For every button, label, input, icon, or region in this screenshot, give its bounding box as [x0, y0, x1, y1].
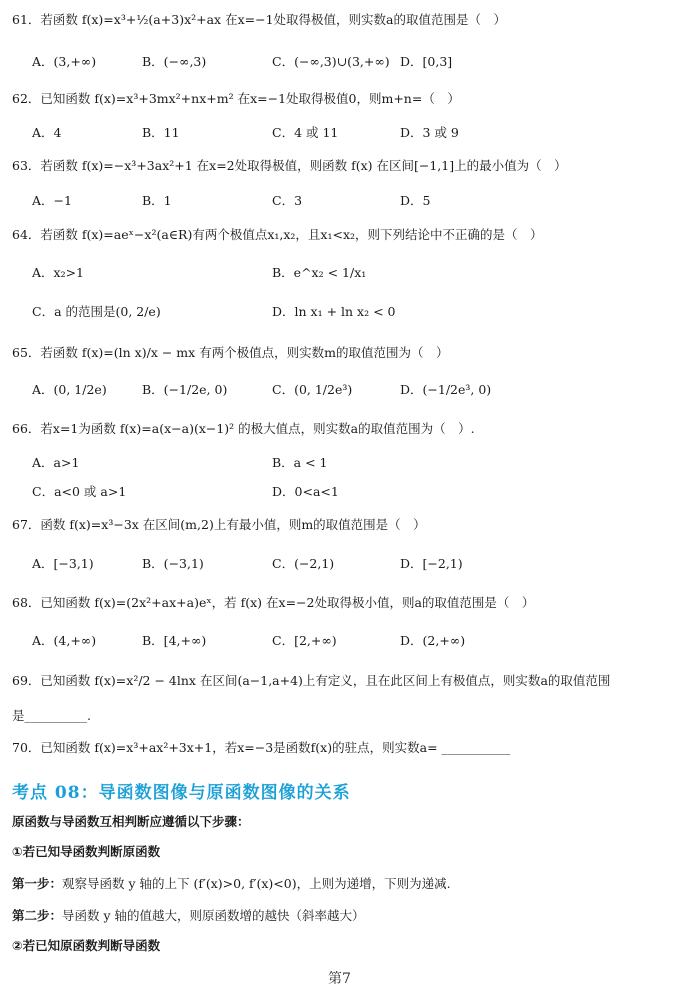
step-1-text: 观察导函数 y 轴的上下 (f′(x)>0, f′(x)<0)，上则为递增，下则… [62, 876, 451, 891]
q67-option-a: A．[−3,1) [32, 554, 94, 574]
question-69-blank: 是__________. [12, 706, 91, 726]
q64-option-c: C．a 的范围是(0, 2/e) [32, 302, 161, 322]
question-61-stem: 61．若函数 f(x)=x³+½(a+3)x²+ax 在x=−1处取得极值，则实… [12, 10, 506, 30]
q64-option-a: A．x₂>1 [32, 263, 84, 283]
q64-option-b: B．e^x₂ < 1/x₁ [272, 263, 366, 283]
question-63-stem: 63．若函数 f(x)=−x³+3ax²+1 在x=2处取得极值，则函数 f(x… [12, 156, 567, 176]
q65-option-c: C．(0, 1/2e³) [272, 380, 352, 400]
q66-option-c: C．a<0 或 a>1 [32, 482, 126, 502]
q61-option-b: B．(−∞,3) [142, 52, 206, 72]
q63-option-d: D．5 [400, 191, 430, 211]
page-number: 第7 [0, 968, 679, 988]
q63-option-c: C．3 [272, 191, 302, 211]
step-1-label: 第一步： [12, 876, 62, 891]
q67-option-b: B．(−3,1) [142, 554, 204, 574]
q64-option-d: D．ln x₁ + ln x₂ < 0 [272, 302, 395, 322]
q65-option-b: B．(−1/2e, 0) [142, 380, 227, 400]
question-66-stem: 66．若x=1为函数 f(x)=a(x−a)(x−1)² 的极大值点，则实数a的… [12, 419, 475, 439]
q65-option-a: A．(0, 1/2e) [32, 380, 107, 400]
step-2-label: 第二步： [12, 908, 62, 923]
subsection-1-title: ①若已知导函数判断原函数 [12, 842, 160, 862]
question-69-stem: 69．已知函数 f(x)=x²/2 − 4lnx 在区间(a−1,a+4)上有定… [12, 671, 610, 691]
step-1: 第一步：观察导函数 y 轴的上下 (f′(x)>0, f′(x)<0)，上则为递… [12, 874, 451, 894]
q62-option-c: C．4 或 11 [272, 123, 338, 143]
question-64-stem: 64．若函数 f(x)=aeˣ−x²(a∈R)有两个极值点x₁,x₂，且x₁<x… [12, 225, 543, 245]
question-65-stem: 65．若函数 f(x)=(ln x)/x − mx 有两个极值点，则实数m的取值… [12, 343, 449, 363]
q63-option-a: A．−1 [32, 191, 72, 211]
q66-option-d: D．0<a<1 [272, 482, 339, 502]
step-2-text: 导函数 y 轴的值越大，则原函数增的越快（斜率越大） [62, 908, 365, 923]
question-68-stem: 68．已知函数 f(x)=(2x²+ax+a)eˣ，若 f(x) 在x=−2处取… [12, 593, 534, 613]
q61-option-a: A．(3,+∞) [32, 52, 96, 72]
q63-option-b: B．1 [142, 191, 172, 211]
question-67-stem: 67．函数 f(x)=x³−3x 在区间(m,2)上有最小值，则m的取值范围是（… [12, 515, 426, 535]
q66-option-a: A．a>1 [32, 453, 79, 473]
section-heading: 考点 08：导函数图像与原函数图像的关系 [12, 778, 351, 803]
q62-option-a: A．4 [32, 123, 61, 143]
q67-option-d: D．[−2,1) [400, 554, 463, 574]
step-2: 第二步：导函数 y 轴的值越大，则原函数增的越快（斜率越大） [12, 906, 365, 926]
q68-option-d: D．(2,+∞) [400, 631, 465, 651]
q66-option-b: B．a < 1 [272, 453, 328, 473]
q68-option-b: B．[4,+∞) [142, 631, 206, 651]
section-intro: 原函数与导函数互相判断应遵循以下步骤： [12, 812, 250, 832]
q61-option-d: D．[0,3] [400, 52, 452, 72]
question-62-stem: 62．已知函数 f(x)=x³+3mx²+nx+m² 在x=−1处取得极值0，则… [12, 89, 460, 109]
question-70-stem: 70．已知函数 f(x)=x³+ax²+3x+1，若x=−3是函数f(x)的驻点… [12, 738, 510, 758]
q62-option-b: B．11 [142, 123, 180, 143]
subsection-2-title: ②若已知原函数判断导函数 [12, 936, 160, 956]
q68-option-a: A．(4,+∞) [32, 631, 96, 651]
q65-option-d: D．(−1/2e³, 0) [400, 380, 491, 400]
q67-option-c: C．(−2,1) [272, 554, 334, 574]
q62-option-d: D．3 或 9 [400, 123, 459, 143]
worksheet-page: 61．若函数 f(x)=x³+½(a+3)x²+ax 在x=−1处取得极值，则实… [0, 0, 679, 1002]
q68-option-c: C．[2,+∞) [272, 631, 337, 651]
q61-option-c: C．(−∞,3)∪(3,+∞) [272, 52, 390, 72]
